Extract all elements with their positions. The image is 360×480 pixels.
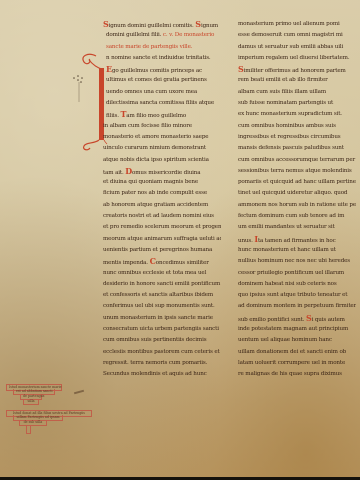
- text-line: uinculo curarum nimium demonstrant: [103, 143, 221, 154]
- text-line: filiis. Tam filio meo guillelmo: [103, 109, 221, 120]
- text-line: ficium pater nos ab inde compulit esse: [103, 188, 221, 199]
- text-line: atque nobis dicta ipso spiritum scientia: [103, 155, 221, 166]
- text-line: ultimus et comes dei gratia pertinens: [103, 75, 221, 86]
- text-line: fectum dominum cum sub tenore ad im: [238, 211, 356, 222]
- text-line: monasterio et amore monasterio saepe: [103, 132, 221, 143]
- text-line: quo ipsius sunt atque tributo teneatur e…: [238, 290, 356, 301]
- text-line: re malignas de his quae supra diximus: [238, 369, 356, 380]
- text-line: et diuina qui quoniam magnis bene: [103, 177, 221, 188]
- rubric-line: sancte marie de partengiis ville.: [103, 42, 221, 53]
- manuscript-page: Signum domini guillelmi comitis. Signum …: [0, 0, 360, 477]
- text-line: Signum domini guillelmi comitis. Signum: [103, 19, 221, 30]
- text-line: mansis defensis pascuis paludibus sunt: [238, 143, 356, 154]
- text-line: uentum uel aliquae hominum hanc: [238, 335, 356, 346]
- text-line: et confessoris et sanctis altaribus ibid…: [103, 290, 221, 301]
- text-line: tinet uel quicquid uideretur aliquo. quo…: [238, 188, 356, 199]
- text-line: nullius hominum nec nos nec ubi heredes: [238, 256, 356, 267]
- text-column-right: monasterium primo uel alienum pomi esse …: [238, 19, 356, 381]
- text-line: uillam donationem dei et sancti enim ob: [238, 347, 356, 358]
- text-line: sessionibus terra nemus atque molendinis: [238, 166, 356, 177]
- marginal-note-2-stem: [26, 425, 31, 434]
- text-line: Ego guillelmus comitis princeps ac: [103, 64, 221, 75]
- text-line: inde potestatem magnam aut principium: [238, 324, 356, 335]
- text-line: dilectissima sancta comitissa filiis atq…: [103, 98, 221, 109]
- text-line: um emilii mandantes ut seruatur sit: [238, 222, 356, 233]
- text-line: dominem habeat nisi sub ceteris nos: [238, 279, 356, 290]
- text-line: monasterium primo uel alienum pomi: [238, 19, 356, 30]
- text-line: uenientis partium et peregrinos humana: [103, 245, 221, 256]
- text-line: unum monasterium in ipsis sancte marie: [103, 313, 221, 324]
- text-line: n nomine sancte et indiuidue trinitatis.: [103, 53, 221, 64]
- text-line: cum omnibus suis pertinentiis decimis: [103, 335, 221, 346]
- text-line: sub fuisse nominatam partengiis ut: [238, 98, 356, 109]
- text-line: latam uoluerit corrumpere uel in monte: [238, 358, 356, 369]
- text-line: ammonem nos horum sub in ratione uite pe…: [238, 200, 356, 211]
- text-column-left: Signum domini guillelmi comitis. Signum …: [103, 19, 221, 381]
- text-line: consecratum uicta urbem partengiis sanct…: [103, 324, 221, 335]
- text-line: hunc monasterium et hanc uillam ut: [238, 245, 356, 256]
- text-line: cum omnibus accessorumque terrarum per: [238, 155, 356, 166]
- marginal-note-1-line-4: uilla: [23, 399, 39, 405]
- ink-smudge: [74, 390, 84, 395]
- text-line: albam cum suis filiis illam uillam: [238, 87, 356, 98]
- text-line: uendo omnes una cum uxore mea: [103, 87, 221, 98]
- text-line: in albam cum fecisse filio minore: [103, 121, 221, 132]
- marginal-note-2-line-3: de sub uilla: [19, 420, 47, 426]
- text-line: nunc omnibus ecclesie et tota mea uel: [103, 268, 221, 279]
- marginal-pen-mark: [70, 72, 88, 104]
- text-line: imperium regalem uel diuersi libertatem.: [238, 53, 356, 64]
- text-line: sub emilio pontifici sunt. Si quis autem: [238, 313, 356, 324]
- text-line: creatoris nostri et ad laudem nomini eiu…: [103, 211, 221, 222]
- text-line: esse demoseruit cum omni magistri mi: [238, 30, 356, 41]
- text-line: desiderio in honore sancti emilii pontif…: [103, 279, 221, 290]
- text-line: et pro remedio scelerum meorum et progen…: [103, 222, 221, 233]
- text-line: cessor priuilegio pontificum uel illarum: [238, 268, 356, 279]
- text-line: ingressibus et regressibus circumibus: [238, 132, 356, 143]
- text-line: damus ut seruatur sub emilii abbas uili: [238, 42, 356, 53]
- text-line: unus. Ita tamen ad firmantes in hoc: [238, 234, 356, 245]
- text-line: Secundus molendinis et aquis ad hunc: [103, 369, 221, 380]
- text-line: meorum atque animarum suffragia ueluti a…: [103, 234, 221, 245]
- text-line: cum omnibus hominibus ambus suis: [238, 121, 356, 132]
- text-line: conferimus uel ubi sup monumentis sunt.: [103, 301, 221, 312]
- text-line: ecclesiis montibus pastorem cum ceteris …: [103, 347, 221, 358]
- text-line: ad dominum montem in perpetuum firmiter …: [238, 301, 356, 312]
- rubric-chapter-heading: c. v. De monasterio: [163, 32, 214, 38]
- text-line: Similiter offerimus ad honorem partem: [238, 64, 356, 75]
- text-line: rem beati emilii et ab illo firmiter: [238, 75, 356, 86]
- text-line: tam ait. Domus misericordie diuina: [103, 166, 221, 177]
- text-line: ab honorem atque gratiam accidentem: [103, 200, 221, 211]
- text-line: regressit. terra nemoris cum pomariis.: [103, 358, 221, 369]
- text-line: pomariis et quicquid ad hanc uillam pert…: [238, 177, 356, 188]
- text-line: domini guillelmi filii. c. v. De monaste…: [103, 30, 221, 41]
- text-line: ex hunc monasterium supradictum sit.: [238, 109, 356, 120]
- text-line: mentis impenda. Concedimus similiter: [103, 256, 221, 267]
